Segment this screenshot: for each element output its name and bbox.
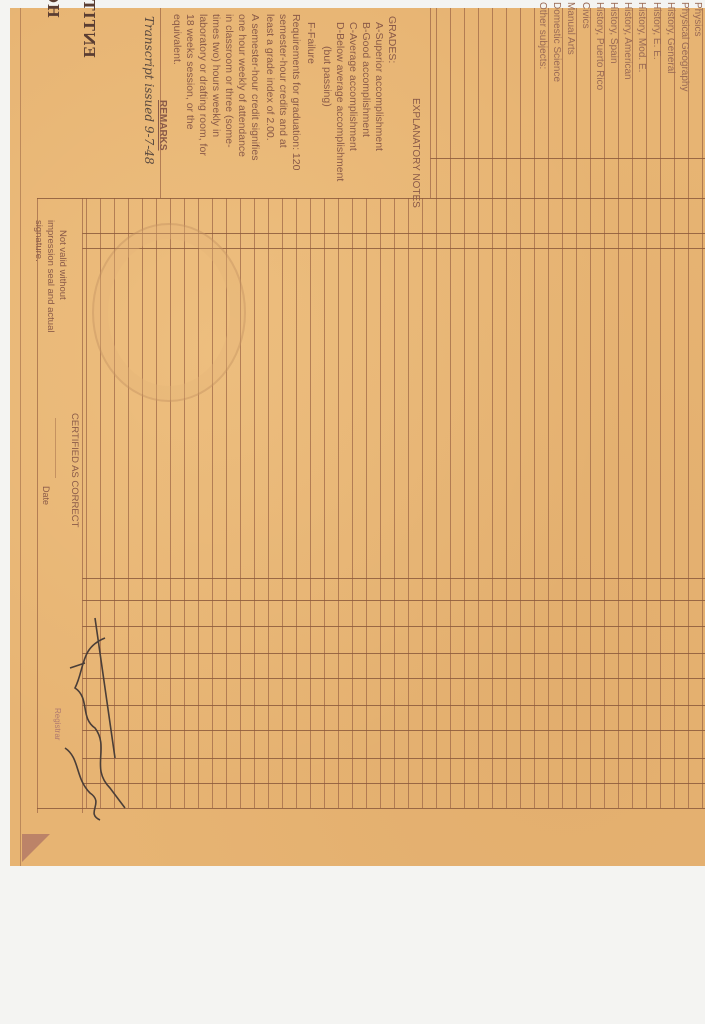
grid-column-rule [268, 198, 269, 808]
subject-label: History, General [665, 2, 676, 74]
credit-note-line: times two) hours weekly in [209, 14, 222, 137]
requirements-line: least a grade index of 2.00. [263, 14, 276, 141]
left-margin-rule [20, 8, 21, 866]
credit-note-line: in classroom or three (some- [222, 14, 235, 148]
grid-column-rule [436, 8, 437, 808]
grid-column-rule [352, 198, 353, 808]
date-line [55, 418, 56, 478]
subject-label: Domestic Science [551, 2, 562, 82]
grid-column-rule [408, 198, 409, 808]
grid-column-rule [282, 198, 283, 808]
grid-column-rule [338, 198, 339, 808]
grid-column-rule [548, 8, 549, 808]
subject-label: History, American [622, 2, 633, 80]
grid-row-rule [82, 758, 705, 759]
grid-column-rule [324, 198, 325, 808]
grid-column-rule [688, 8, 689, 808]
subject-label: Civics [580, 2, 591, 29]
validity-note-line: impression seal and actual [45, 220, 56, 332]
grid-row-rule [82, 578, 705, 579]
subject-label: History, Mod. E. [636, 2, 647, 72]
grade-c: C-Average accomplishment [346, 22, 359, 151]
grid-column-rule [534, 8, 535, 808]
requirements-line: semester-hour credits and at [276, 14, 289, 148]
cert-box-left-border [37, 198, 38, 813]
credit-note-line: one hour weekly of attendance [235, 14, 248, 157]
grid-column-rule [422, 198, 423, 808]
grid-column-rule [702, 8, 703, 808]
subject-label: History, Puerto Rico [594, 2, 605, 90]
grid-column-rule [366, 198, 367, 808]
grid-column-rule [520, 8, 521, 808]
subject-label: Physical Geography [679, 2, 690, 92]
grade-d-note: (but passing) [320, 46, 333, 107]
grid-column-rule [590, 8, 591, 808]
grid-column-rule [632, 8, 633, 808]
credit-note-line: equivalent. [170, 14, 183, 65]
certified-label: CERTIFIED AS CORRECT [69, 413, 80, 527]
grid-column-rule [478, 8, 479, 808]
grid-column-rule [310, 198, 311, 808]
grid-column-rule [618, 8, 619, 808]
grid-column-rule [660, 8, 661, 808]
registrar-signature [50, 608, 140, 828]
grid-column-rule [254, 198, 255, 808]
credit-note-line: A semester-hour credit signifies [248, 14, 261, 160]
stamp-honorable-dismissal: HONORABLE DISMISSAL [44, 0, 62, 18]
grade-d: D-Below average accomplishment [333, 22, 346, 181]
subject-label: Other subjects: [537, 2, 548, 69]
grid-column-rule [380, 198, 381, 808]
subject-label: History, Spain [608, 2, 619, 64]
credit-note-line: 18 weeks session, or the [183, 14, 196, 130]
grade-f: F-Failure [304, 22, 317, 64]
grade-a: A-Superior accomplishment [372, 22, 385, 151]
grid-row-rule [82, 730, 705, 731]
stamp-entitled: ENTITLED TO [80, 0, 98, 58]
subject-label: Manual Arts [565, 2, 576, 55]
grades-label: GRADES: [385, 16, 398, 63]
grid-column-rule [450, 8, 451, 808]
grid-column-rule [506, 8, 507, 808]
remarks-label: REMARKS [157, 100, 168, 151]
grid-row-rule [82, 653, 705, 654]
grid-row-rule [430, 158, 705, 159]
grid-column-rule [674, 8, 675, 808]
credit-note-line: laboratory or drafting room, for [196, 14, 209, 156]
validity-note-line: signature. [33, 220, 44, 262]
grid-row-rule [82, 600, 705, 601]
notes-right-border [430, 8, 431, 198]
notes-title: EXPLANATORY NOTES [409, 98, 422, 208]
remarks-handwritten: Transcript issued 9-7-48 [142, 16, 156, 165]
grid-row-rule [82, 783, 705, 784]
grid-column-rule [646, 8, 647, 808]
grid-row-rule [82, 678, 705, 679]
transcript-page: Physics Physical Geography History, Gene… [10, 8, 705, 866]
subject-label: History, E. E. [651, 2, 662, 60]
subject-label: Physics [692, 2, 703, 36]
grid-column-rule [492, 8, 493, 808]
requirements-line: Requirements for graduation: 120 [289, 14, 302, 170]
grid-column-rule [576, 8, 577, 808]
grid-column-rule [296, 198, 297, 808]
grade-b: B-Good accomplishment [359, 22, 372, 137]
notes-bottom-border [37, 198, 705, 199]
grid-row-rule [82, 626, 705, 627]
grid-column-rule [464, 8, 465, 808]
embossed-university-seal [92, 223, 246, 402]
date-label: Date [41, 486, 51, 505]
grid-row-rule [82, 705, 705, 706]
grid-column-rule [604, 8, 605, 808]
corner-triangle-mark [22, 834, 50, 862]
validity-note-line: Not valid without [57, 230, 68, 300]
grid-column-rule [394, 198, 395, 808]
grid-column-rule [562, 8, 563, 808]
